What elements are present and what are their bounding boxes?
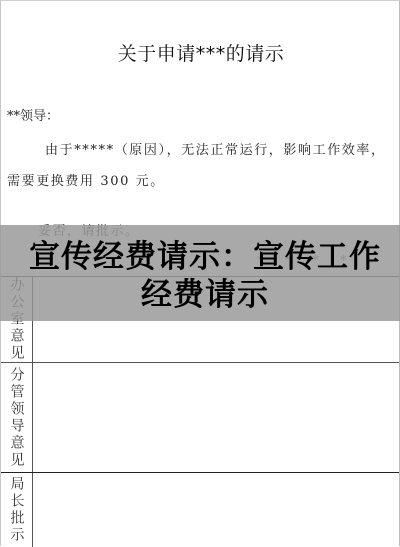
salutation: **领导： [7, 105, 59, 124]
row-value-leader [33, 363, 399, 472]
row-value-director [33, 473, 399, 547]
table-row-leader: 分管领导意见 [1, 363, 399, 473]
document-title: 关于申请***的请示 [1, 39, 400, 66]
table-row-director: 局长批示 [1, 473, 399, 547]
row-label-leader: 分管领导意见 [1, 363, 33, 472]
overlay-title: 宣传经费请示：宣传工作经费请示 [20, 238, 390, 314]
body-paragraph: 由于*****（原因），无法正常运行，影响工作效率，需要更换费用 300 元。 [7, 135, 395, 197]
row-label-director: 局长批示 [1, 473, 33, 547]
